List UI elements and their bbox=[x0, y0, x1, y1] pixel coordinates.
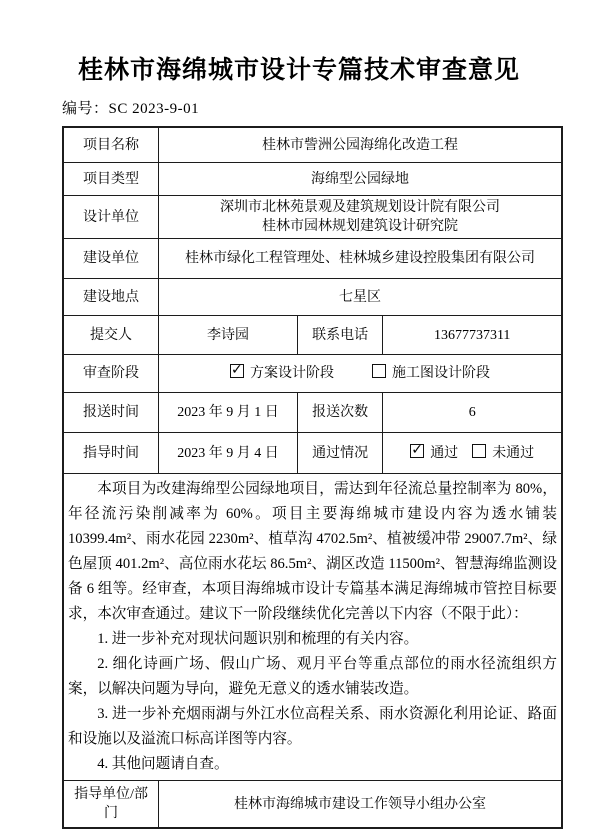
field-label-guidance-time: 指导时间 bbox=[63, 433, 159, 474]
field-value-guidance-time: 2023 年 9 月 4 日 bbox=[159, 433, 298, 474]
option-construction-drawing-label: 施工图设计阶段 bbox=[392, 366, 490, 381]
checkbox-checked-icon bbox=[410, 444, 424, 458]
field-label-guide-unit: 指导单位/部门 bbox=[63, 781, 159, 829]
row-submission-time: 报送时间 2023 年 9 月 1 日 报送次数 6 bbox=[63, 393, 562, 433]
row-submitter: 提交人 李诗园 联系电话 13677737311 bbox=[63, 316, 562, 355]
doc-number-value: SC 2023-9-01 bbox=[109, 101, 200, 117]
checkbox-unchecked-icon bbox=[472, 444, 486, 458]
field-label-location: 建设地点 bbox=[63, 279, 159, 316]
document-page: 桂林市海绵城市设计专篇技术审查意见 编号：SC 2023-9-01 项目名称 桂… bbox=[0, 0, 598, 833]
field-label-pass-status: 通过情况 bbox=[297, 433, 383, 474]
field-label-design-unit: 设计单位 bbox=[63, 196, 159, 239]
row-project-type: 项目类型 海绵型公园绿地 bbox=[63, 163, 562, 196]
field-value-submitter: 李诗园 bbox=[159, 316, 298, 355]
field-value-location: 七星区 bbox=[159, 279, 562, 316]
field-value-guide-unit: 桂林市海绵城市建设工作领导小组办公室 bbox=[159, 781, 562, 829]
row-guidance-time: 指导时间 2023 年 9 月 4 日 通过情况 通过未通过 bbox=[63, 433, 562, 474]
row-guide-unit: 指导单位/部门 桂林市海绵城市建设工作领导小组办公室 bbox=[63, 781, 562, 829]
field-label-project-type: 项目类型 bbox=[63, 163, 159, 196]
opinion-item-4: 4. 其他问题请自查。 bbox=[68, 752, 557, 777]
field-label-project-name: 项目名称 bbox=[63, 127, 159, 163]
field-value-review-stage: 方案设计阶段施工图设计阶段 bbox=[159, 355, 562, 393]
row-review-opinion: 本项目为改建海绵型公园绿地项目，需达到年径流总量控制率为 80%，年径流污染削减… bbox=[63, 474, 562, 781]
field-label-construction-unit: 建设单位 bbox=[63, 239, 159, 279]
row-project-name: 项目名称 桂林市訾洲公园海绵化改造工程 bbox=[63, 127, 562, 163]
row-design-unit: 设计单位 深圳市北林苑景观及建筑规划设计院有限公司 桂林市园林规划建筑设计研究院 bbox=[63, 196, 562, 239]
field-value-pass-status: 通过未通过 bbox=[383, 433, 562, 474]
field-value-project-type: 海绵型公园绿地 bbox=[159, 163, 562, 196]
field-value-phone: 13677737311 bbox=[383, 316, 562, 355]
opinion-item-2: 2. 细化诗画广场、假山广场、观月平台等重点部位的雨水径流组织方案，以解决问题为… bbox=[68, 652, 557, 702]
field-value-submission-count: 6 bbox=[383, 393, 562, 433]
field-value-design-unit: 深圳市北林苑景观及建筑规划设计院有限公司 桂林市园林规划建筑设计研究院 bbox=[159, 196, 562, 239]
page-title: 桂林市海绵城市设计专篇技术审查意见 bbox=[0, 57, 598, 85]
field-value-submission-time: 2023 年 9 月 1 日 bbox=[159, 393, 298, 433]
option-not-passed: 未通过 bbox=[472, 446, 534, 461]
row-review-stage: 审查阶段 方案设计阶段施工图设计阶段 bbox=[63, 355, 562, 393]
review-table: 项目名称 桂林市訾洲公园海绵化改造工程 项目类型 海绵型公园绿地 设计单位 深圳… bbox=[62, 126, 563, 829]
option-not-passed-label: 未通过 bbox=[492, 446, 534, 461]
row-construction-unit: 建设单位 桂林市绿化工程管理处、桂林城乡建设控股集团有限公司 bbox=[63, 239, 562, 279]
checkbox-checked-icon bbox=[230, 364, 244, 378]
option-passed: 通过 bbox=[410, 446, 458, 461]
review-opinion-text: 本项目为改建海绵型公园绿地项目，需达到年径流总量控制率为 80%，年径流污染削减… bbox=[63, 474, 562, 781]
field-label-submission-count: 报送次数 bbox=[297, 393, 383, 433]
option-scheme-design-label: 方案设计阶段 bbox=[250, 366, 334, 381]
row-location: 建设地点 七星区 bbox=[63, 279, 562, 316]
field-label-review-stage: 审查阶段 bbox=[63, 355, 159, 393]
opinion-item-1: 1. 进一步补充对现状问题识别和梳理的有关内容。 bbox=[68, 627, 557, 652]
option-passed-label: 通过 bbox=[430, 446, 458, 461]
opinion-item-3: 3. 进一步补充烟雨湖与外江水位高程关系、雨水资源化利用论证、路面和设施以及溢流… bbox=[68, 702, 557, 752]
doc-number: 编号：SC 2023-9-01 bbox=[62, 97, 598, 118]
option-scheme-design: 方案设计阶段 bbox=[230, 366, 334, 381]
doc-number-label: 编号： bbox=[62, 101, 109, 117]
checkbox-unchecked-icon bbox=[372, 364, 386, 378]
field-label-phone: 联系电话 bbox=[297, 316, 383, 355]
field-label-submitter: 提交人 bbox=[63, 316, 159, 355]
field-value-project-name: 桂林市訾洲公园海绵化改造工程 bbox=[159, 127, 562, 163]
field-value-construction-unit: 桂林市绿化工程管理处、桂林城乡建设控股集团有限公司 bbox=[159, 239, 562, 279]
field-label-submission-time: 报送时间 bbox=[63, 393, 159, 433]
option-construction-drawing: 施工图设计阶段 bbox=[372, 366, 490, 381]
opinion-paragraph: 本项目为改建海绵型公园绿地项目，需达到年径流总量控制率为 80%，年径流污染削减… bbox=[68, 477, 557, 627]
